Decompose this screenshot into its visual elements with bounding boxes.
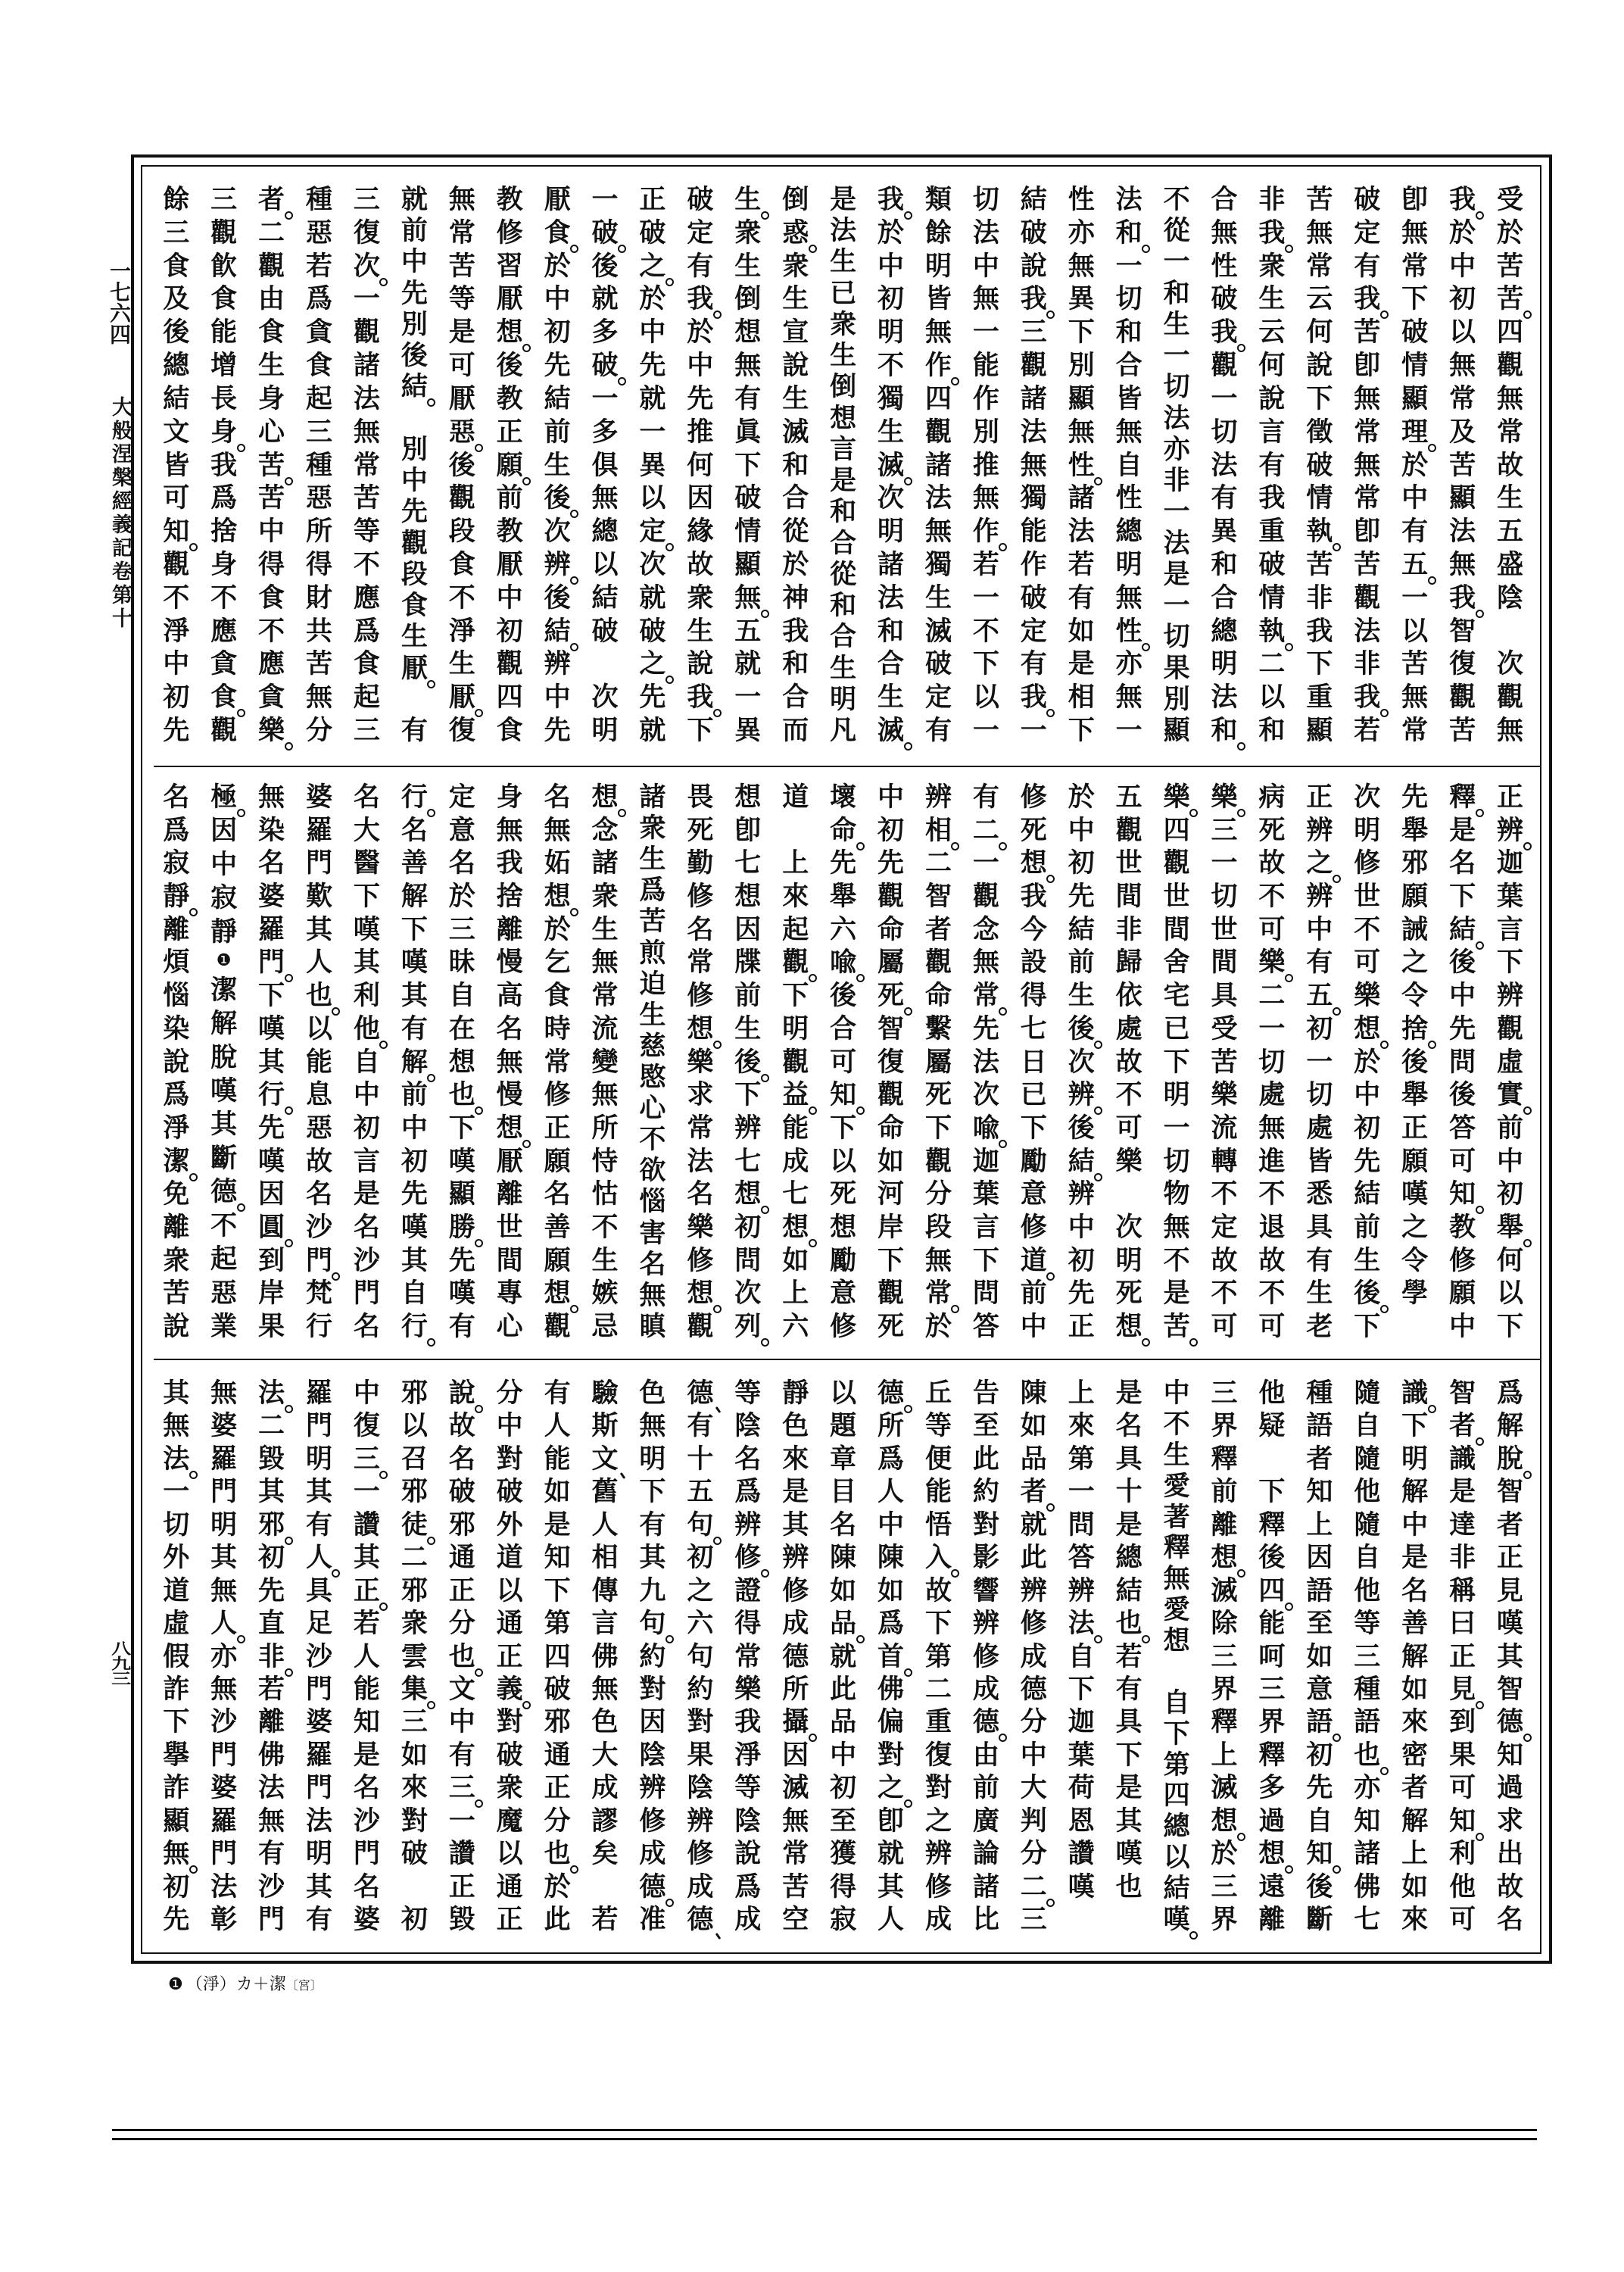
character: 自 xyxy=(447,982,476,1010)
character: 嘆 xyxy=(1162,1906,1191,1933)
character: 切 xyxy=(162,1512,191,1539)
character: 總 xyxy=(162,352,191,379)
full-stop-mark xyxy=(1523,1471,1532,1479)
character: 是 xyxy=(352,1181,381,1208)
character: 若 xyxy=(1114,1643,1143,1671)
character: 起 xyxy=(781,916,810,944)
character: 故 xyxy=(447,1412,476,1440)
character: 我 xyxy=(686,684,715,711)
character: 來 xyxy=(1401,1709,1429,1736)
character: 惱 xyxy=(162,982,191,1010)
character: 四 xyxy=(924,385,952,413)
character: 染 xyxy=(257,817,286,844)
character: 明 xyxy=(877,319,906,346)
character: 結 xyxy=(162,385,191,413)
character: 我 xyxy=(686,286,715,313)
character: 分 xyxy=(304,717,333,744)
character: 由 xyxy=(257,286,286,313)
character: 樂 xyxy=(1210,784,1239,811)
character: 人 xyxy=(352,1643,381,1671)
character: 先 xyxy=(638,684,667,711)
text-column: 辨相二智者觀命繫屬死下觀分段無常於 xyxy=(915,784,962,1340)
character: 我 xyxy=(1019,286,1048,313)
character: 初 xyxy=(1448,286,1477,313)
text-column: 智者識是達非稱曰正見到果可知利他可 xyxy=(1439,1380,1486,1933)
character: 他 xyxy=(1353,1478,1382,1506)
character: 修 xyxy=(686,982,715,1010)
full-stop-mark xyxy=(522,1701,531,1709)
character: 退 xyxy=(1258,1214,1286,1241)
character: 非 xyxy=(1353,651,1382,678)
character: 觀 xyxy=(447,485,476,512)
character: 後 xyxy=(447,452,476,479)
character: 下 xyxy=(1305,385,1334,413)
character: 作 xyxy=(924,352,952,379)
full-stop-mark xyxy=(1428,1041,1436,1049)
character: 以 xyxy=(1162,1844,1191,1871)
character: 何 xyxy=(1305,319,1334,346)
character: 正 xyxy=(1305,784,1334,811)
character: 界 xyxy=(1210,1412,1239,1440)
character: 說 xyxy=(162,1313,191,1340)
character: 如 xyxy=(1401,1676,1429,1703)
character: 辨 xyxy=(1067,1181,1096,1208)
character: 驗 xyxy=(591,1380,619,1407)
character: 總 xyxy=(591,518,619,545)
character: 想 xyxy=(1019,850,1048,877)
character: 明 xyxy=(304,1840,333,1868)
character: 觀 xyxy=(1448,684,1477,711)
text-column: 非我衆生云何說言有我重破情執二以和 xyxy=(1248,186,1295,744)
character: 神 xyxy=(781,585,810,612)
text-column: 次明修世不可樂想於中初先結前生後下 xyxy=(1343,784,1391,1340)
character: 爲 xyxy=(304,286,333,313)
text-column: 不從一和生一切法亦非一法是一切果別顯 xyxy=(1153,186,1201,744)
character: 我 xyxy=(1019,684,1048,711)
character: 可 xyxy=(1210,1313,1239,1340)
character: 食 xyxy=(352,651,381,678)
character: 別 xyxy=(1162,686,1191,713)
character: 明 xyxy=(877,518,906,545)
character: 後 xyxy=(1401,1049,1429,1076)
character: 智 xyxy=(877,1016,906,1043)
full-stop-mark xyxy=(475,1668,483,1677)
character: 無 xyxy=(591,1676,619,1703)
character: 語 xyxy=(1305,1412,1334,1440)
character: 段 xyxy=(400,561,429,588)
character: 沙 xyxy=(304,1214,333,1241)
character: 下 xyxy=(1258,1478,1286,1506)
character: 歎 xyxy=(304,883,333,910)
character: 道 xyxy=(1019,1247,1048,1275)
character: 生 xyxy=(447,651,476,678)
character: 葉 xyxy=(1067,1742,1096,1769)
character: 何 xyxy=(1496,1247,1525,1275)
character: 疑 xyxy=(1258,1412,1286,1440)
character: 初 xyxy=(495,618,524,645)
character: 自 xyxy=(352,1049,381,1076)
text-column: 五觀世間非歸依處故不可樂次明死想 xyxy=(1105,784,1153,1340)
character: 六 xyxy=(781,1313,810,1340)
character: 分 xyxy=(543,1808,572,1835)
character: 虛 xyxy=(162,1610,191,1637)
character: 種 xyxy=(304,186,333,214)
character: 初 xyxy=(1067,1247,1096,1275)
text-column: 破定有我於中先推何因緣故衆生說我下 xyxy=(676,186,724,744)
character: 和 xyxy=(877,618,906,645)
full-stop-mark xyxy=(1285,1603,1293,1611)
character: 起 xyxy=(304,385,333,413)
character: 正 xyxy=(1401,1115,1429,1142)
character: 實 xyxy=(1496,1081,1525,1109)
character: 卽 xyxy=(734,817,762,844)
character: 死 xyxy=(1258,817,1286,844)
text-column: 先舉邪願誡之令捨後舉正願嘆之令學 xyxy=(1391,784,1439,1340)
text-column: 極因中寂靜❶潔解脫嘆其斷德不起惡業 xyxy=(200,784,248,1340)
character: 梵 xyxy=(304,1280,333,1307)
character: 嘆 xyxy=(447,1148,476,1175)
character: 總 xyxy=(1210,618,1239,645)
character: 門 xyxy=(352,1840,381,1868)
character: 樂 xyxy=(734,1676,762,1703)
character: 第 xyxy=(1162,1752,1191,1779)
character: 無 xyxy=(210,1578,238,1605)
character: 諸 xyxy=(1067,485,1096,512)
character: 云 xyxy=(1305,286,1334,313)
character: 證 xyxy=(734,1578,762,1605)
text-column: 釋是名下結後中先問後答可知教修願中 xyxy=(1439,784,1486,1340)
full-stop-mark xyxy=(1046,1899,1055,1907)
full-stop-mark xyxy=(332,1007,340,1016)
character: 先 xyxy=(162,1906,191,1933)
character: 德 xyxy=(638,1874,667,1901)
full-stop-mark xyxy=(809,1734,817,1742)
character: 嘆 xyxy=(400,949,429,976)
character: 中 xyxy=(352,1081,381,1109)
character: 一 xyxy=(971,585,1000,612)
character: 人 xyxy=(877,1478,906,1506)
character: 一 xyxy=(1305,1049,1334,1076)
character: 情 xyxy=(1305,485,1334,512)
character: 羅 xyxy=(304,1742,333,1769)
character: 俱 xyxy=(591,452,619,479)
character: 下 xyxy=(971,1247,1000,1275)
character: 相 xyxy=(924,817,952,844)
character: 七 xyxy=(734,850,762,877)
character: 有 xyxy=(1067,585,1096,612)
character: 我 xyxy=(1448,186,1477,214)
character: 以 xyxy=(1448,319,1477,346)
character: 一 xyxy=(162,1478,191,1506)
character: 中 xyxy=(971,253,1000,280)
full-stop-mark xyxy=(856,1635,865,1643)
character: 法 xyxy=(686,1148,715,1175)
text-column: 驗斯文舊人相傳言佛無色大成謬矣若 xyxy=(581,1380,629,1933)
character: 以 xyxy=(971,684,1000,711)
character: 法 xyxy=(1019,419,1048,446)
character: 門 xyxy=(352,1280,381,1307)
character: 就 xyxy=(638,585,667,612)
full-stop-mark xyxy=(1237,1833,1245,1841)
character: 下 xyxy=(1353,1313,1382,1340)
character: 觀 xyxy=(1353,585,1382,612)
character: 者 xyxy=(1401,1774,1429,1802)
character: 有 xyxy=(304,1906,333,1933)
character: 勝 xyxy=(447,1214,476,1241)
character: 斷 xyxy=(210,1145,238,1172)
character: 觀 xyxy=(1496,684,1525,711)
character: 義 xyxy=(495,1676,524,1703)
character: 爲 xyxy=(877,1446,906,1473)
character: 諸 xyxy=(971,1874,1000,1901)
character: 苦 xyxy=(352,485,381,512)
character: 門 xyxy=(210,1840,238,1868)
character: 我 xyxy=(781,618,810,645)
character: 足 xyxy=(304,1610,333,1637)
character: 法 xyxy=(829,217,858,245)
character: 名 xyxy=(734,1446,762,1473)
character: 下 xyxy=(1162,1721,1191,1748)
character: 次 xyxy=(1353,784,1382,811)
character: 煎 xyxy=(638,940,667,967)
character: 明 xyxy=(591,717,619,744)
character: 葉 xyxy=(1496,883,1525,910)
character: 廣 xyxy=(971,1808,1000,1835)
character: 如 xyxy=(1401,1874,1429,1901)
character: 陰 xyxy=(734,1808,762,1835)
full-stop-mark xyxy=(237,1203,245,1212)
character: 迫 xyxy=(638,971,667,998)
full-stop-mark xyxy=(1476,809,1484,817)
text-column: 者二觀由食生身心苦苦中得食不應貪樂 xyxy=(248,186,295,744)
character: 因 xyxy=(734,916,762,944)
character: 語 xyxy=(1305,1709,1334,1736)
character: 下 xyxy=(924,1610,952,1637)
character: 一 xyxy=(352,286,381,313)
full-stop-mark xyxy=(761,1206,769,1214)
character: 染 xyxy=(162,1016,191,1043)
character: 中 xyxy=(495,585,524,612)
character: 爲 xyxy=(162,1081,191,1109)
footnote-source: 〔宮〕 xyxy=(286,1978,323,1993)
character: 苦 xyxy=(1496,253,1525,280)
character: 中 xyxy=(447,1709,476,1736)
character: 若 xyxy=(257,1676,286,1703)
character: 四 xyxy=(1162,1782,1191,1809)
character: 顯 xyxy=(1448,485,1477,512)
comma-mark xyxy=(620,1472,626,1479)
full-stop-mark xyxy=(332,1569,340,1578)
character: 二 xyxy=(924,850,952,877)
character: 滅 xyxy=(924,618,952,645)
character: 願 xyxy=(495,452,524,479)
character: 一 xyxy=(1162,498,1191,526)
character: 生 xyxy=(1353,1247,1382,1275)
character: 葉 xyxy=(971,1181,1000,1208)
character: 於 xyxy=(1448,220,1477,247)
character: 色 xyxy=(591,1709,619,1736)
character: 想 xyxy=(447,1049,476,1076)
text-column: 定意名於三昧自在想也下嘆顯勝先嘆有 xyxy=(438,784,486,1340)
full-stop-mark xyxy=(1189,1931,1198,1940)
character: 雲 xyxy=(400,1643,429,1671)
character: 明 xyxy=(924,253,952,280)
character: 以 xyxy=(400,1412,429,1440)
character: 於 xyxy=(1067,784,1096,811)
character: 想 xyxy=(829,405,858,432)
character: 下 xyxy=(1305,651,1334,678)
footnote-text: （淨）カ＋潔 xyxy=(186,1975,286,1994)
character: 五 xyxy=(734,618,762,645)
character: 後 xyxy=(1448,949,1477,976)
character: 法 xyxy=(1067,1610,1096,1637)
character: 成 xyxy=(734,1906,762,1933)
character: 求 xyxy=(686,1081,715,1109)
character: 於 xyxy=(924,1313,952,1340)
character: 苦 xyxy=(1305,551,1334,579)
full-stop-mark xyxy=(713,709,722,717)
character: 行 xyxy=(304,1313,333,1340)
character: 寂 xyxy=(829,1906,858,1933)
character: 先 xyxy=(543,717,572,744)
full-stop-mark xyxy=(237,709,245,717)
character: 衆 xyxy=(734,220,762,247)
character: 先 xyxy=(829,850,858,877)
character: 切 xyxy=(1162,623,1191,651)
character: 具 xyxy=(304,1578,333,1605)
character: 重 xyxy=(1305,684,1334,711)
character: 七 xyxy=(1019,1016,1048,1043)
character: 多 xyxy=(591,419,619,446)
character: 衆 xyxy=(638,815,667,842)
character: 名 xyxy=(352,1874,381,1901)
character: 樂 xyxy=(1114,1148,1143,1175)
character: 陳 xyxy=(1019,1380,1048,1407)
character: 種 xyxy=(1305,1380,1334,1407)
character: 皆 xyxy=(924,286,952,313)
character: 名 xyxy=(304,1181,333,1208)
character: 響 xyxy=(971,1578,1000,1605)
text-column: 正辨迦葉言下辨觀虛實前中初舉何以下 xyxy=(1486,784,1534,1340)
character: 讚 xyxy=(352,1512,381,1539)
character: 說 xyxy=(162,1049,191,1076)
character: 四 xyxy=(1162,817,1191,844)
character: 名 xyxy=(257,850,286,877)
character: 心 xyxy=(257,419,286,446)
character: 正 xyxy=(1496,784,1525,811)
character: 生 xyxy=(877,419,906,446)
character: 結 xyxy=(400,373,429,401)
character: 苦 xyxy=(1162,1313,1191,1340)
blank-slot xyxy=(591,1874,619,1901)
character: 一 xyxy=(1210,385,1239,413)
character: 觀 xyxy=(924,419,952,446)
character: 正 xyxy=(543,1774,572,1802)
character: 勵 xyxy=(1019,1148,1048,1175)
character: 他 xyxy=(352,1016,381,1043)
character: 和 xyxy=(1114,220,1143,247)
character: 執 xyxy=(1258,618,1286,645)
character: 顯 xyxy=(1162,717,1191,744)
character: 定 xyxy=(447,784,476,811)
full-stop-mark xyxy=(761,1569,769,1578)
character: 過 xyxy=(1496,1774,1525,1802)
text-column: 德所爲人中陳如爲首佛偏對之卽就其人 xyxy=(867,1380,915,1933)
character: 不 xyxy=(877,352,906,379)
character: 於 xyxy=(686,319,715,346)
character: 中 xyxy=(495,1412,524,1440)
character: 我 xyxy=(1019,883,1048,910)
character: 有 xyxy=(1305,949,1334,976)
character: 沙 xyxy=(257,1874,286,1901)
character: 之 xyxy=(638,651,667,678)
character: 合 xyxy=(1210,585,1239,612)
character: 中 xyxy=(162,651,191,678)
character: 是 xyxy=(543,1512,572,1539)
character: 辨 xyxy=(1305,883,1334,910)
character: 語 xyxy=(1353,1709,1382,1736)
character: 過 xyxy=(1258,1808,1286,1835)
character: 嘆 xyxy=(257,1148,286,1175)
character: 爲 xyxy=(352,618,381,645)
full-stop-mark xyxy=(475,1106,483,1115)
character: 起 xyxy=(210,1246,238,1273)
character: 沙 xyxy=(352,1247,381,1275)
character: 中 xyxy=(257,518,286,545)
character: 受 xyxy=(1210,1016,1239,1043)
character: 食 xyxy=(304,352,333,379)
character: 也 xyxy=(447,1643,476,1671)
character: 他 xyxy=(1448,1874,1477,1901)
character: 自 xyxy=(400,1280,429,1307)
character: 明 xyxy=(1114,551,1143,579)
character: 衆 xyxy=(781,253,810,280)
character: 苦 xyxy=(1448,452,1477,479)
text-column: 告至此約對影響辨修成德由前廣論諸比 xyxy=(962,1380,1010,1933)
character: 首 xyxy=(877,1643,906,1671)
character: 名 xyxy=(1496,1906,1525,1933)
text-column: 種語者知上因語至如意語初先自知後斷 xyxy=(1295,1380,1343,1933)
character: 問 xyxy=(971,1280,1000,1307)
character: 無 xyxy=(447,186,476,214)
character: 者 xyxy=(257,186,286,214)
text-column: 樂四觀世間舍宅已下明一切物無不是苦 xyxy=(1153,784,1201,1340)
character: 詐 xyxy=(162,1676,191,1703)
text-column: 身無我捨離慢高名無慢想厭離世間專心 xyxy=(486,784,534,1340)
character: 婆 xyxy=(210,1412,238,1440)
character: 門 xyxy=(210,1478,238,1506)
character: 法 xyxy=(1210,684,1239,711)
character: 之 xyxy=(638,253,667,280)
full-stop-mark xyxy=(999,1734,1007,1742)
character: 佛 xyxy=(877,1676,906,1703)
character: 以 xyxy=(829,1148,858,1175)
character: 由 xyxy=(971,1742,1000,1769)
character: 業 xyxy=(210,1313,238,1340)
character: 二 xyxy=(1258,982,1286,1010)
character: 能 xyxy=(1258,1610,1286,1637)
character: 修 xyxy=(971,1643,1000,1671)
character: 解 xyxy=(400,1049,429,1076)
character: 如 xyxy=(1019,1412,1048,1440)
character: 虛 xyxy=(1496,1049,1525,1076)
character: 教 xyxy=(495,518,524,545)
character: 有 xyxy=(1401,518,1429,545)
character: 無 xyxy=(495,817,524,844)
character: 故 xyxy=(1496,452,1525,479)
character: 嘆 xyxy=(1496,1610,1525,1637)
character: 切 xyxy=(971,186,1000,214)
